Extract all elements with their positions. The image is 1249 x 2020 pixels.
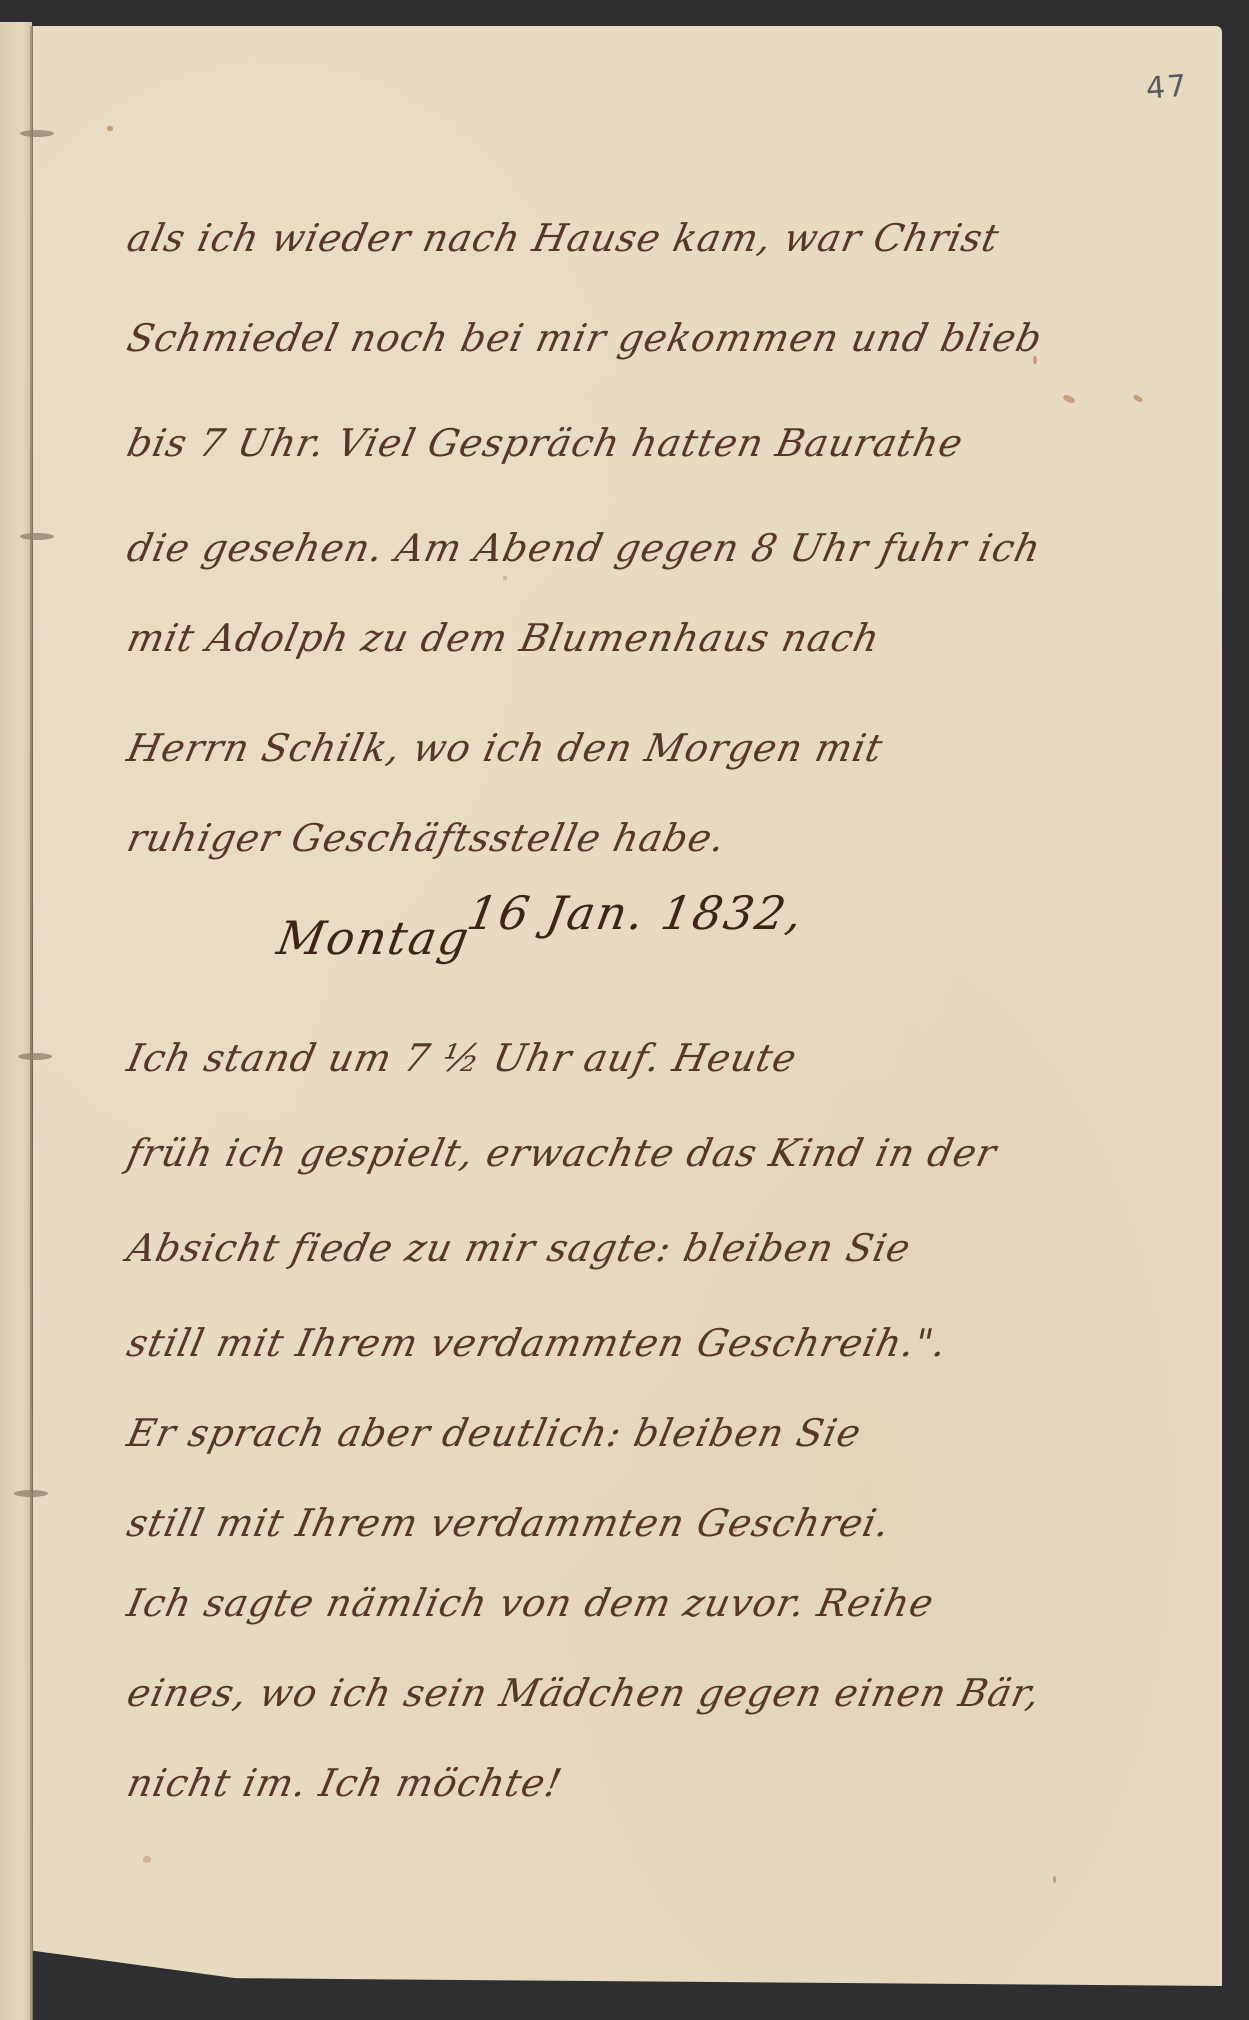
manuscript-line: als ich wieder nach Hause kam, war Chris… xyxy=(123,216,1003,260)
manuscript-scan: 47 als ich wieder nach Hause kam, war Ch… xyxy=(0,0,1249,2020)
manuscript-line: mit Adolph zu dem Blumenhaus nach xyxy=(123,616,884,660)
paper-speck xyxy=(1053,1876,1056,1883)
manuscript-page: 47 als ich wieder nach Hause kam, war Ch… xyxy=(33,26,1222,1986)
entry-weekday: Montag xyxy=(273,911,474,965)
manuscript-line: Herrn Schilk, wo ich den Morgen mit xyxy=(123,726,887,770)
binding-stitch xyxy=(20,130,54,137)
folio-number: 47 xyxy=(1145,69,1190,107)
paper-speck xyxy=(1062,394,1075,405)
manuscript-line: Absicht fiede zu mir sagte: bleiben Sie xyxy=(123,1226,915,1270)
binding-stitch xyxy=(20,533,54,540)
manuscript-line: still mit Ihrem verdammten Geschrei. xyxy=(123,1501,894,1545)
manuscript-line: ruhiger Geschäftsstelle habe. xyxy=(123,816,729,860)
manuscript-line: Ich sagte nämlich von dem zuvor. Reihe xyxy=(123,1581,938,1625)
manuscript-line: nicht im. Ich möchte! xyxy=(123,1761,566,1805)
manuscript-line: Ich stand um 7 ½ Uhr auf. Heute xyxy=(123,1036,801,1080)
binding-stitch xyxy=(18,1053,52,1060)
manuscript-line: früh ich gespielt, erwachte das Kind in … xyxy=(123,1131,1001,1175)
binding-stitch xyxy=(14,1490,48,1497)
manuscript-line: die gesehen. Am Abend gegen 8 Uhr fuhr i… xyxy=(123,526,1045,570)
manuscript-line: still mit Ihrem verdammten Geschreih.". xyxy=(123,1321,951,1365)
paper-speck xyxy=(503,576,507,580)
previous-page-edge xyxy=(0,22,32,2020)
manuscript-line: bis 7 Uhr. Viel Gespräch hatten Baurathe xyxy=(123,421,967,465)
manuscript-line: Schmiedel noch bei mir gekommen und blie… xyxy=(123,316,1046,360)
manuscript-line: eines, wo ich sein Mädchen gegen einen B… xyxy=(123,1671,1044,1715)
spine-fold-line xyxy=(30,26,33,2020)
paper-speck xyxy=(107,126,113,131)
entry-date: 16 Jan. 1832, xyxy=(463,886,808,940)
manuscript-line: Er sprach aber deutlich: bleiben Sie xyxy=(123,1411,865,1455)
paper-speck xyxy=(1132,394,1143,403)
paper-speck xyxy=(143,1856,151,1863)
